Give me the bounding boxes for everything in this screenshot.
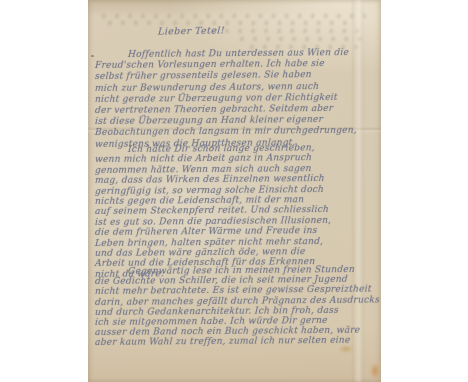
bleedthrough-line: [208, 29, 366, 33]
letter-line: mich zur Bewunderung des Autors, wenn au…: [95, 82, 320, 94]
bleedthrough-line: [236, 37, 364, 41]
letter-line: selbst früher grossenteils gelesen. Sie …: [95, 70, 312, 82]
ink-speck: [91, 55, 94, 57]
bleedthrough-line: [104, 21, 356, 25]
letter-line: nicht da wäre.: [95, 269, 165, 280]
vertical-fold-crease: [352, 0, 364, 382]
letter-line: nicht gerade zur Überzeugung von der Ric…: [95, 93, 338, 105]
letter-line: Beobachtungen doch langsam in mir durchg…: [95, 126, 357, 138]
bleedthrough-line: [98, 14, 366, 18]
letter-page: Lieber Tetel! Hoffentlich hast Du unterd…: [88, 0, 381, 382]
paper-stain-edge: [369, 360, 381, 382]
letter-line: aber kaum Wahl zu treffen, zumal ich nur…: [95, 336, 351, 348]
scan-background: { "letter": { "salutation": "Lieber Tete…: [0, 0, 468, 382]
salutation: Lieber Tetel!: [158, 25, 226, 37]
letter-line: der vertretenen Theorien gebracht. Seitd…: [95, 104, 334, 116]
